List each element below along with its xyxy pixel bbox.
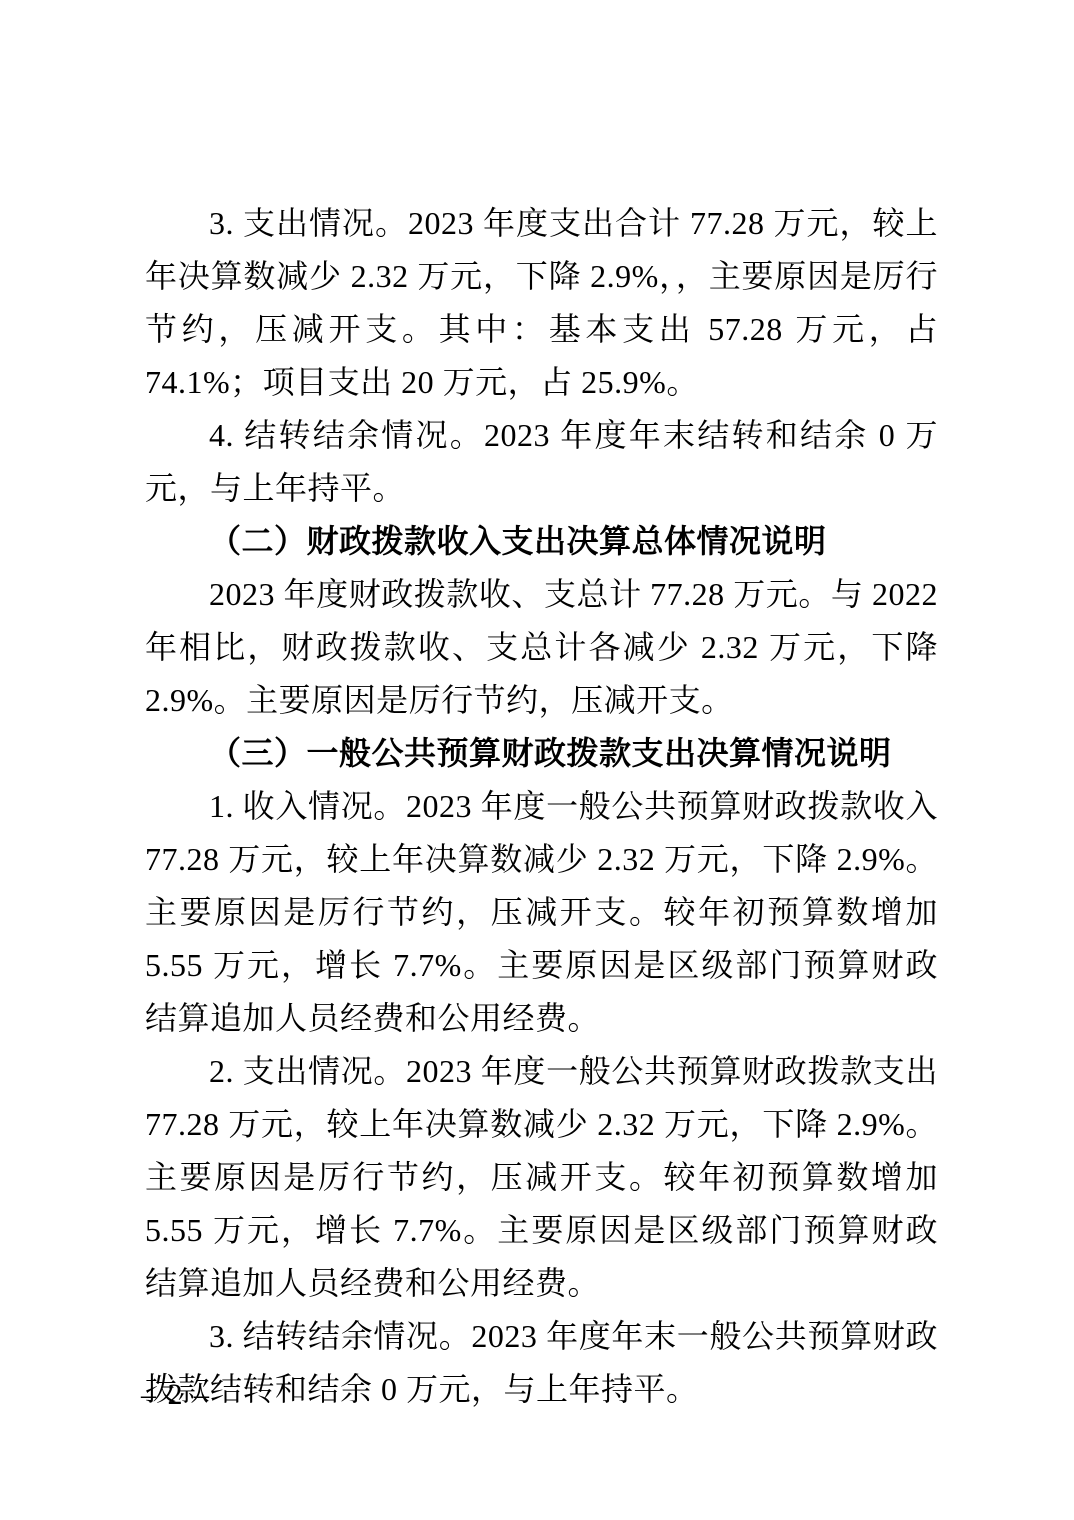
para-income-general-budget: 1. 收入情况。2023 年度一般公共预算财政拨款收入 77.28 万元，较上年… (145, 780, 938, 1045)
para-carryover-overall: 4. 结转结余情况。2023 年度年末结转和结余 0 万元，与上年持平。 (145, 409, 938, 515)
heading-section-3-general-budget: （三）一般公共预算财政拨款支出决算情况说明 (145, 727, 938, 780)
page-number: – 2 – (141, 1378, 211, 1412)
document-page: 3. 支出情况。2023 年度支出合计 77.28 万元，较上年决算数减少 2.… (0, 0, 1074, 1520)
heading-section-2-fiscal-appropriation: （二）财政拨款收入支出决算总体情况说明 (145, 515, 938, 568)
para-expenditure-overall: 3. 支出情况。2023 年度支出合计 77.28 万元，较上年决算数减少 2.… (145, 197, 938, 409)
para-carryover-general-budget: 3. 结转结余情况。2023 年度年末一般公共预算财政拨款结转和结余 0 万元，… (145, 1310, 938, 1416)
para-expenditure-general-budget: 2. 支出情况。2023 年度一般公共预算财政拨款支出 77.28 万元，较上年… (145, 1045, 938, 1310)
para-fiscal-appropriation-total: 2023 年度财政拨款收、支总计 77.28 万元。与 2022 年相比，财政拨… (145, 568, 938, 727)
document-body: 3. 支出情况。2023 年度支出合计 77.28 万元，较上年决算数减少 2.… (145, 197, 938, 1416)
